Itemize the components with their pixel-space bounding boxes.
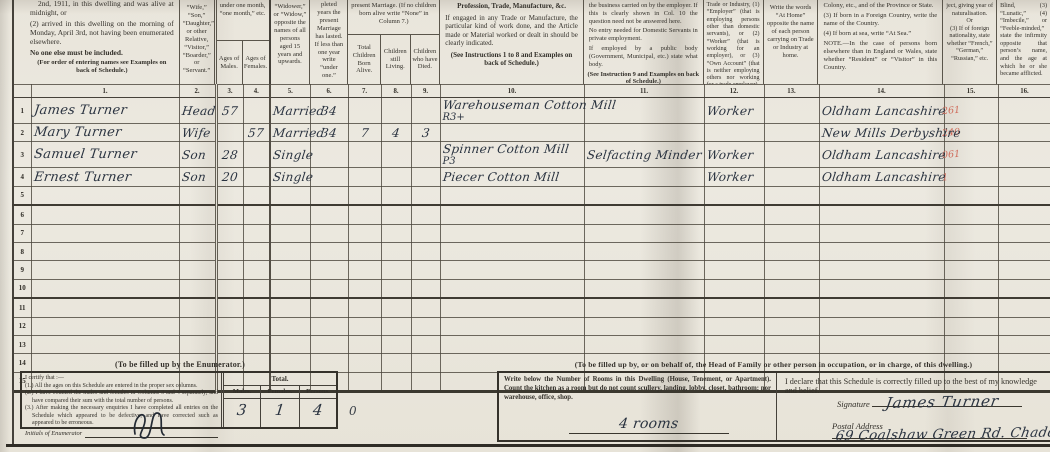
- employment-cell: Worker: [704, 98, 764, 124]
- age_m-cell: [216, 335, 243, 353]
- row-number: 1: [21, 107, 25, 115]
- enumerator-certification: I certify that :— (1.) All the ages on t…: [22, 373, 224, 427]
- rownum-cell: 3: [13, 142, 31, 168]
- infirmity-cell: [998, 261, 1050, 279]
- birthplace-cell: [819, 186, 944, 205]
- red_code-cell: [944, 224, 998, 242]
- occupation-cell: [440, 261, 584, 279]
- age_f-cell: [243, 298, 270, 317]
- c_living-cell: [381, 335, 411, 353]
- at_home-cell: [764, 98, 819, 124]
- at_home-cell: [764, 186, 819, 205]
- enumerator-section-title: (To be filled up by the Enumerator.): [20, 360, 340, 369]
- infirmity-cell: [998, 224, 1050, 242]
- handwritten-marital: Single: [272, 170, 314, 184]
- c_living-cell: [381, 168, 411, 186]
- row-number: 13: [19, 341, 26, 349]
- table-row: 1James TurnerHead57Married34Warehouseman…: [13, 98, 1050, 124]
- header-occupation-column: Profession, Trade, Manufacture, &c. If e…: [440, 0, 584, 84]
- c_died-cell: [411, 298, 440, 317]
- males-label: Males.: [224, 386, 261, 398]
- c_born-cell: [348, 298, 381, 317]
- c_died-cell: [411, 168, 440, 186]
- clerk-mark: R3+: [443, 112, 465, 123]
- birthplace-cell: [819, 279, 944, 298]
- years_married-cell: [310, 186, 348, 205]
- census-grid: 1. 2. 3. 4. 5. 6. 7. 8. 9. 10. 11. 12. 1…: [12, 84, 1050, 393]
- age_m-cell: 57: [216, 98, 243, 124]
- enumerator-initials-line: Initials of Enumerator: [25, 430, 218, 438]
- row-number: 10: [19, 284, 26, 292]
- relationship-cell: [179, 186, 216, 205]
- c_born-cell: [348, 242, 381, 260]
- marital-cell: Single: [270, 168, 310, 186]
- marital-cell: [270, 205, 310, 224]
- c_living-cell: [381, 261, 411, 279]
- column-number: 16.: [998, 85, 1050, 98]
- years_married-cell: [310, 205, 348, 224]
- c_died-cell: [411, 372, 440, 391]
- header-nationality-column: ject, giving year of naturalisation. Or …: [943, 0, 997, 84]
- census-grid-body: 1James TurnerHead57Married34Warehouseman…: [13, 98, 1050, 392]
- industry-cell: [584, 168, 704, 186]
- c_died-cell: [411, 224, 440, 242]
- row-number: 5: [21, 191, 25, 199]
- c_living-cell: [381, 354, 411, 372]
- header-years-married-column: pleted years the present Marriage has la…: [310, 0, 348, 84]
- c_born-cell: [348, 354, 381, 372]
- red_code-cell: [944, 242, 998, 260]
- industry-cell: [584, 124, 704, 142]
- header-name-column: 2nd, 1911, in this dwelling and was aliv…: [14, 0, 180, 84]
- age_m-cell: [216, 298, 243, 317]
- industry-cell: [584, 335, 704, 353]
- at_home-cell: [764, 279, 819, 298]
- c_living-cell: 4: [381, 124, 411, 142]
- birthplace-cell: [819, 224, 944, 242]
- column-number: 7.: [348, 85, 381, 98]
- persons-total: 4: [300, 399, 336, 427]
- c_died-cell: [411, 205, 440, 224]
- header-ages-males: Ages of Males.: [217, 41, 243, 84]
- table-row: 9: [13, 261, 1050, 279]
- at_home-cell: [764, 124, 819, 142]
- column-number: 15.: [944, 85, 998, 98]
- handwritten-age_f: 57: [247, 126, 265, 140]
- years_married-cell: [310, 298, 348, 317]
- header-infirmity-column: Blind, (3) “Lunatic,” (4) “Imbecile,” or…: [997, 0, 1050, 84]
- females-total: 1: [261, 399, 300, 427]
- totals-title: Total.: [224, 373, 336, 386]
- handwritten-relationship: Son: [181, 170, 207, 184]
- industry-cell: [584, 317, 704, 335]
- c_died-cell: [411, 317, 440, 335]
- handwritten-birthplace: Oldham Lancashire: [821, 170, 947, 184]
- rownum-cell: 12: [13, 317, 31, 335]
- table-row: 5: [13, 186, 1050, 205]
- handwritten-employment: Worker: [706, 170, 754, 184]
- handwritten-age_m: 28: [221, 148, 239, 162]
- age_m-cell: [216, 261, 243, 279]
- employment-cell: [704, 124, 764, 142]
- column-number: 5.: [270, 85, 310, 98]
- years_married-cell: [310, 242, 348, 260]
- c_died-cell: [411, 279, 440, 298]
- column-number: 2.: [179, 85, 216, 98]
- handwritten-age_m: 20: [221, 170, 239, 184]
- occupation-cell: [440, 335, 584, 353]
- table-row: 3Samuel TurnerSon28SingleSpinner Cotton …: [13, 142, 1050, 168]
- name-cell: [31, 279, 179, 298]
- left-rule: [12, 357, 14, 446]
- postal-address-line: Postal Address 69 Coalshaw Green Rd. Cha…: [832, 421, 1049, 441]
- c_living-cell: [381, 205, 411, 224]
- table-row: 10: [13, 279, 1050, 298]
- age_f-cell: [243, 186, 270, 205]
- c_born-cell: [348, 372, 381, 391]
- c_living-cell: [381, 298, 411, 317]
- handwritten-occupation: Warehouseman Cotton Mill: [442, 98, 617, 112]
- table-row: 12: [13, 317, 1050, 335]
- name-cell: [31, 261, 179, 279]
- infirmity-cell: [998, 279, 1050, 298]
- handwritten-relationship: Head: [181, 104, 216, 118]
- handwritten-birthplace: Oldham Lancashire: [821, 104, 947, 118]
- occupation-cell: Piecer Cotton Mill: [440, 168, 584, 186]
- age_m-cell: [216, 224, 243, 242]
- header-ages-columns: under one month, “one month,” etc. Ages …: [217, 0, 271, 84]
- row-number: 12: [19, 322, 26, 330]
- c_born-cell: [348, 168, 381, 186]
- at_home-cell: [764, 168, 819, 186]
- rownum-cell: 9: [13, 261, 31, 279]
- industry-cell: [584, 205, 704, 224]
- persons-label: Persons.: [300, 386, 336, 398]
- age_f-cell: [243, 98, 270, 124]
- industry-cell: Selfacting Minder: [584, 142, 704, 168]
- age_f-cell: [243, 224, 270, 242]
- employment-cell: Worker: [704, 168, 764, 186]
- years_married-cell: [310, 317, 348, 335]
- handwritten-name: Samuel Turner: [33, 147, 138, 162]
- employment-cell: [704, 279, 764, 298]
- c_died-cell: [411, 98, 440, 124]
- occupation-cell: [440, 242, 584, 260]
- red_code-cell: [944, 186, 998, 205]
- at_home-cell: [764, 224, 819, 242]
- marital-cell: [270, 279, 310, 298]
- years_married-cell: [310, 142, 348, 168]
- rownum-cell: 4: [13, 168, 31, 186]
- marital-cell: [270, 261, 310, 279]
- employment-cell: [704, 335, 764, 353]
- c_born-cell: 7: [348, 124, 381, 142]
- c_born-cell: [348, 98, 381, 124]
- birthplace-cell: Oldham Lancashire: [819, 168, 944, 186]
- red_code-cell: [944, 298, 998, 317]
- name-cell: [31, 298, 179, 317]
- age_f-cell: [243, 242, 270, 260]
- handwritten-years_married: 34: [320, 126, 338, 140]
- handwritten-employment: Worker: [706, 148, 754, 162]
- industry-cell: [584, 298, 704, 317]
- rownum-cell: 10: [13, 279, 31, 298]
- c_born-cell: [348, 205, 381, 224]
- employment-cell: [704, 261, 764, 279]
- birthplace-cell: Oldham Lancashire: [819, 142, 944, 168]
- handwritten-birthplace: New Mills Derbyshire: [821, 126, 962, 140]
- rownum-cell: 13: [13, 335, 31, 353]
- address-handwritten: 69 Coalshaw Green Rd. Chadderton: [834, 424, 1050, 445]
- header-employment-status-column: Trade or Industry, (1) “Employer” (that …: [704, 0, 764, 84]
- employment-cell: [704, 317, 764, 335]
- occupation-cell: Spinner Cotton Mill P3: [440, 142, 584, 168]
- c_died-cell: [411, 142, 440, 168]
- occupation-cell: [440, 124, 584, 142]
- c_died-cell: [411, 335, 440, 353]
- c_born-cell: [348, 317, 381, 335]
- birthplace-cell: [819, 298, 944, 317]
- table-row: 6: [13, 205, 1050, 224]
- name-cell: Mary Turner: [31, 124, 179, 142]
- table-row: 8: [13, 242, 1050, 260]
- column-headers: 2nd, 1911, in this dwelling and was aliv…: [12, 0, 1050, 84]
- red_code-cell: [944, 317, 998, 335]
- age_f-cell: 57: [243, 124, 270, 142]
- rownum-cell: 7: [13, 224, 31, 242]
- employment-cell: [704, 205, 764, 224]
- declaration-section-title: (To be filled up by, or on behalf of, th…: [497, 360, 1050, 369]
- c_born-cell: [348, 142, 381, 168]
- occupation-cell: [440, 186, 584, 205]
- column-number: 1.: [31, 85, 179, 98]
- at_home-cell: [764, 205, 819, 224]
- row-number: 6: [21, 211, 25, 219]
- infirmity-cell: [998, 124, 1050, 142]
- name-cell: Ernest Turner: [31, 168, 179, 186]
- c_living-cell: [381, 224, 411, 242]
- infirmity-cell: [998, 186, 1050, 205]
- table-row: 7: [13, 224, 1050, 242]
- males-total: 3: [224, 399, 261, 427]
- years_married-cell: [310, 168, 348, 186]
- header-birthplace-column: Colony, etc., and of the Province or Sta…: [818, 0, 943, 84]
- row-number: 2: [21, 129, 25, 137]
- females-label: Females.: [261, 386, 300, 398]
- birthplace-cell: New Mills Derbyshire: [819, 124, 944, 142]
- at_home-cell: [764, 335, 819, 353]
- birthplace-cell: [819, 261, 944, 279]
- rownum-cell: 11: [13, 298, 31, 317]
- column-number: 8.: [381, 85, 411, 98]
- header-industry-column: the business carried on by the employer.…: [584, 0, 704, 84]
- red_code-cell: [944, 279, 998, 298]
- declaration-area: I declare that this Schedule is correctl…: [777, 373, 1050, 440]
- c_born-cell: [348, 186, 381, 205]
- marital-cell: [270, 335, 310, 353]
- handwritten-relationship: Son: [181, 148, 207, 162]
- age_f-cell: [243, 142, 270, 168]
- age_f-cell: [243, 261, 270, 279]
- column-number: 11.: [584, 85, 704, 98]
- c_born-cell: [348, 279, 381, 298]
- infirmity-cell: [998, 242, 1050, 260]
- handwritten-name: Ernest Turner: [33, 170, 132, 185]
- signature-handwritten: James Turner: [884, 392, 1000, 412]
- handwritten-c_living: 4: [391, 126, 401, 140]
- handwritten-years_married: 34: [320, 104, 338, 118]
- table-row: 2Mary TurnerWife57Married34743New Mills …: [13, 124, 1050, 142]
- table-row: 13: [13, 335, 1050, 353]
- at_home-cell: [764, 298, 819, 317]
- age_f-cell: [243, 317, 270, 335]
- handwritten-industry: Selfacting Minder: [586, 148, 703, 162]
- handwritten-name: James Turner: [33, 103, 128, 118]
- handwritten-marital: Married: [272, 104, 325, 118]
- at_home-cell: [764, 242, 819, 260]
- enumerator-initials-scrawl: [130, 407, 172, 441]
- handwritten-name: Mary Turner: [33, 125, 122, 140]
- birthplace-cell: [819, 335, 944, 353]
- row-number: 9: [21, 266, 25, 274]
- red_code-cell: 1: [944, 168, 998, 186]
- clerk-mark: P3: [443, 156, 456, 167]
- column-number: 4.: [243, 85, 270, 98]
- handwritten-marital: Single: [272, 148, 314, 162]
- infirmity-cell: [998, 335, 1050, 353]
- c_living-cell: [381, 372, 411, 391]
- age_m-cell: [216, 205, 243, 224]
- at_home-cell: [764, 142, 819, 168]
- header-children-columns: present Marriage. (If no children born a…: [348, 0, 440, 84]
- years_married-cell: [310, 335, 348, 353]
- handwritten-birthplace: Oldham Lancashire: [821, 148, 947, 162]
- years_married-cell: [310, 279, 348, 298]
- name-cell: [31, 224, 179, 242]
- relationship-cell: [179, 279, 216, 298]
- column-number: 14.: [819, 85, 944, 98]
- bottom-rule: [6, 444, 1050, 447]
- at_home-cell: [764, 261, 819, 279]
- age_f-cell: [243, 335, 270, 353]
- c_born-cell: [348, 261, 381, 279]
- age_m-cell: 28: [216, 142, 243, 168]
- industry-cell: [584, 261, 704, 279]
- marital-cell: [270, 186, 310, 205]
- age_f-cell: [243, 205, 270, 224]
- header-children-living: Children still Living.: [381, 35, 411, 84]
- c_died-cell: 3: [411, 124, 440, 142]
- header-children-born: Total Children Born Alive.: [348, 35, 381, 84]
- column-number: 12.: [704, 85, 764, 98]
- relationship-cell: Son: [179, 168, 216, 186]
- handwritten-c_died: 3: [421, 126, 431, 140]
- c_died-cell: [411, 186, 440, 205]
- age_m-cell: [216, 242, 243, 260]
- occupation-cell: [440, 279, 584, 298]
- name-cell: [31, 242, 179, 260]
- age_f-cell: [243, 279, 270, 298]
- age_m-cell: 20: [216, 168, 243, 186]
- marital-cell: Single: [270, 142, 310, 168]
- column-number: 3.: [216, 85, 243, 98]
- rooms-value-handwritten: 4 rooms: [618, 416, 679, 432]
- relationship-cell: [179, 335, 216, 353]
- employment-cell: Worker: [704, 142, 764, 168]
- birthplace-cell: [819, 317, 944, 335]
- years_married-cell: [310, 224, 348, 242]
- relationship-cell: [179, 224, 216, 242]
- employment-cell: [704, 298, 764, 317]
- header-relationship-column: “Wife,” “Son,” “Daughter,” or other Rela…: [180, 0, 217, 84]
- infirmity-cell: [998, 142, 1050, 168]
- row-number: 8: [21, 248, 25, 256]
- declaration-box: Write below the Number of Rooms in this …: [497, 371, 1050, 442]
- c_died-cell: [411, 354, 440, 372]
- birthplace-cell: [819, 242, 944, 260]
- industry-cell: [584, 224, 704, 242]
- table-row: 4Ernest TurnerSon20SinglePiecer Cotton M…: [13, 168, 1050, 186]
- number-cell-blank: [13, 85, 31, 98]
- handwritten-occupation: Spinner Cotton Mill: [442, 142, 570, 156]
- handwritten-age_m: 57: [221, 104, 239, 118]
- c_died-cell: [411, 242, 440, 260]
- red_code-cell: 261: [944, 98, 998, 124]
- marital-cell: [270, 298, 310, 317]
- red_code-cell: 061: [944, 142, 998, 168]
- stray-mark: 0: [349, 404, 357, 418]
- infirmity-cell: [998, 298, 1050, 317]
- rownum-cell: 6: [13, 205, 31, 224]
- column-number: 10.: [440, 85, 584, 98]
- handwritten-c_born: 7: [360, 126, 370, 140]
- handwritten-relationship: Wife: [181, 126, 211, 140]
- age_f-cell: [243, 168, 270, 186]
- occupation-cell: [440, 205, 584, 224]
- c_living-cell: [381, 186, 411, 205]
- age_m-cell: [216, 279, 243, 298]
- c_living-cell: [381, 242, 411, 260]
- row-number: 4: [21, 173, 25, 181]
- marital-cell: [270, 224, 310, 242]
- relationship-cell: [179, 298, 216, 317]
- occupation-cell: [440, 224, 584, 242]
- at_home-cell: [764, 317, 819, 335]
- column-number-row: 1. 2. 3. 4. 5. 6. 7. 8. 9. 10. 11. 12. 1…: [13, 85, 1050, 98]
- relationship-cell: [179, 205, 216, 224]
- row-number: 7: [21, 229, 25, 237]
- infirmity-cell: [998, 317, 1050, 335]
- occupation-cell: [440, 298, 584, 317]
- red_code-cell: [944, 205, 998, 224]
- name-cell: [31, 317, 179, 335]
- relationship-cell: Head: [179, 98, 216, 124]
- name-cell: [31, 186, 179, 205]
- rownum-cell: 8: [13, 242, 31, 260]
- rownum-cell: 5: [13, 186, 31, 205]
- c_living-cell: [381, 279, 411, 298]
- red_code-cell: [944, 335, 998, 353]
- age_m-cell: [216, 317, 243, 335]
- rooms-box: Write below the Number of Rooms in this …: [499, 373, 777, 440]
- enumerator-box: I certify that :— (1.) All the ages on t…: [20, 371, 338, 429]
- infirmity-cell: [998, 168, 1050, 186]
- industry-cell: [584, 279, 704, 298]
- handwritten-employment: Worker: [706, 104, 754, 118]
- relationship-cell: Son: [179, 142, 216, 168]
- relationship-cell: [179, 242, 216, 260]
- relationship-cell: [179, 261, 216, 279]
